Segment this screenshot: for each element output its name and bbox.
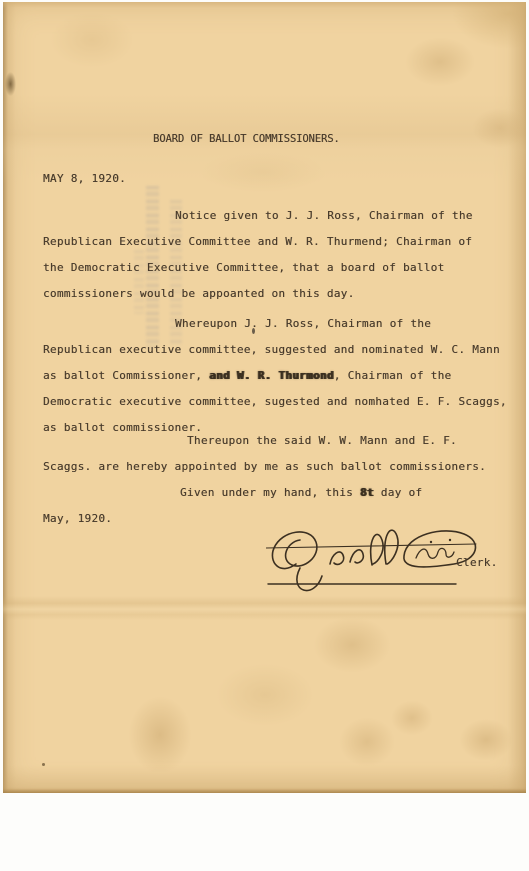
document-title: BOARD OF BALLOT COMMISSIONERS. (153, 133, 340, 145)
paragraph-thereupon: Thereupon the said W. W. Mann and E. F. … (43, 428, 517, 480)
text-segment: as ballot Commissioner, (43, 369, 209, 382)
text-segment: Given under my hand, this (180, 486, 360, 499)
text-line: the Democratic Executive Committee, that… (43, 255, 517, 281)
text-segment: , Chairman of the (334, 369, 452, 382)
overstruck-text: and W. R. Thurmond (209, 369, 334, 382)
text-segment: day of (374, 486, 422, 499)
text-line: Republican executive committee, suggeste… (43, 337, 517, 363)
clerk-label: Clerk. (456, 556, 498, 569)
date-line: MAY 8, 1920. (43, 172, 126, 185)
overstruck-day: 8t (360, 486, 374, 499)
text-line: Democratic executive committee, sugested… (43, 389, 517, 415)
paper-bottom-edge (3, 789, 526, 793)
document-paper: BOARD OF BALLOT COMMISSIONERS. MAY 8, 19… (3, 2, 526, 793)
text-line: Thereupon the said W. W. Mann and E. F. (43, 428, 517, 454)
paragraph-notice: Notice given to J. J. Ross, Chairman of … (43, 203, 517, 307)
text-line: Whereupon J. J. Ross, Chairman of the (43, 311, 517, 337)
scanned-document-page: { "page": { "background_color": "#fdfdfb… (0, 0, 529, 871)
text-line: Republican Executive Committee and W. R.… (43, 229, 517, 255)
paragraph-whereupon: Whereupon J. J. Ross, Chairman of the Re… (43, 311, 517, 441)
text-line: commissioners would be appoanted on this… (43, 281, 517, 307)
text-line: as ballot Commissioner, and W. R. Thurmo… (43, 363, 517, 389)
text-line: Given under my hand, this 8t day of (43, 480, 517, 506)
text-line: Notice given to J. J. Ross, Chairman of … (43, 203, 517, 229)
edge-smudge (5, 72, 16, 96)
text-line: Scaggs. are hereby appointed by me as su… (43, 454, 517, 480)
ink-speck (42, 763, 45, 766)
